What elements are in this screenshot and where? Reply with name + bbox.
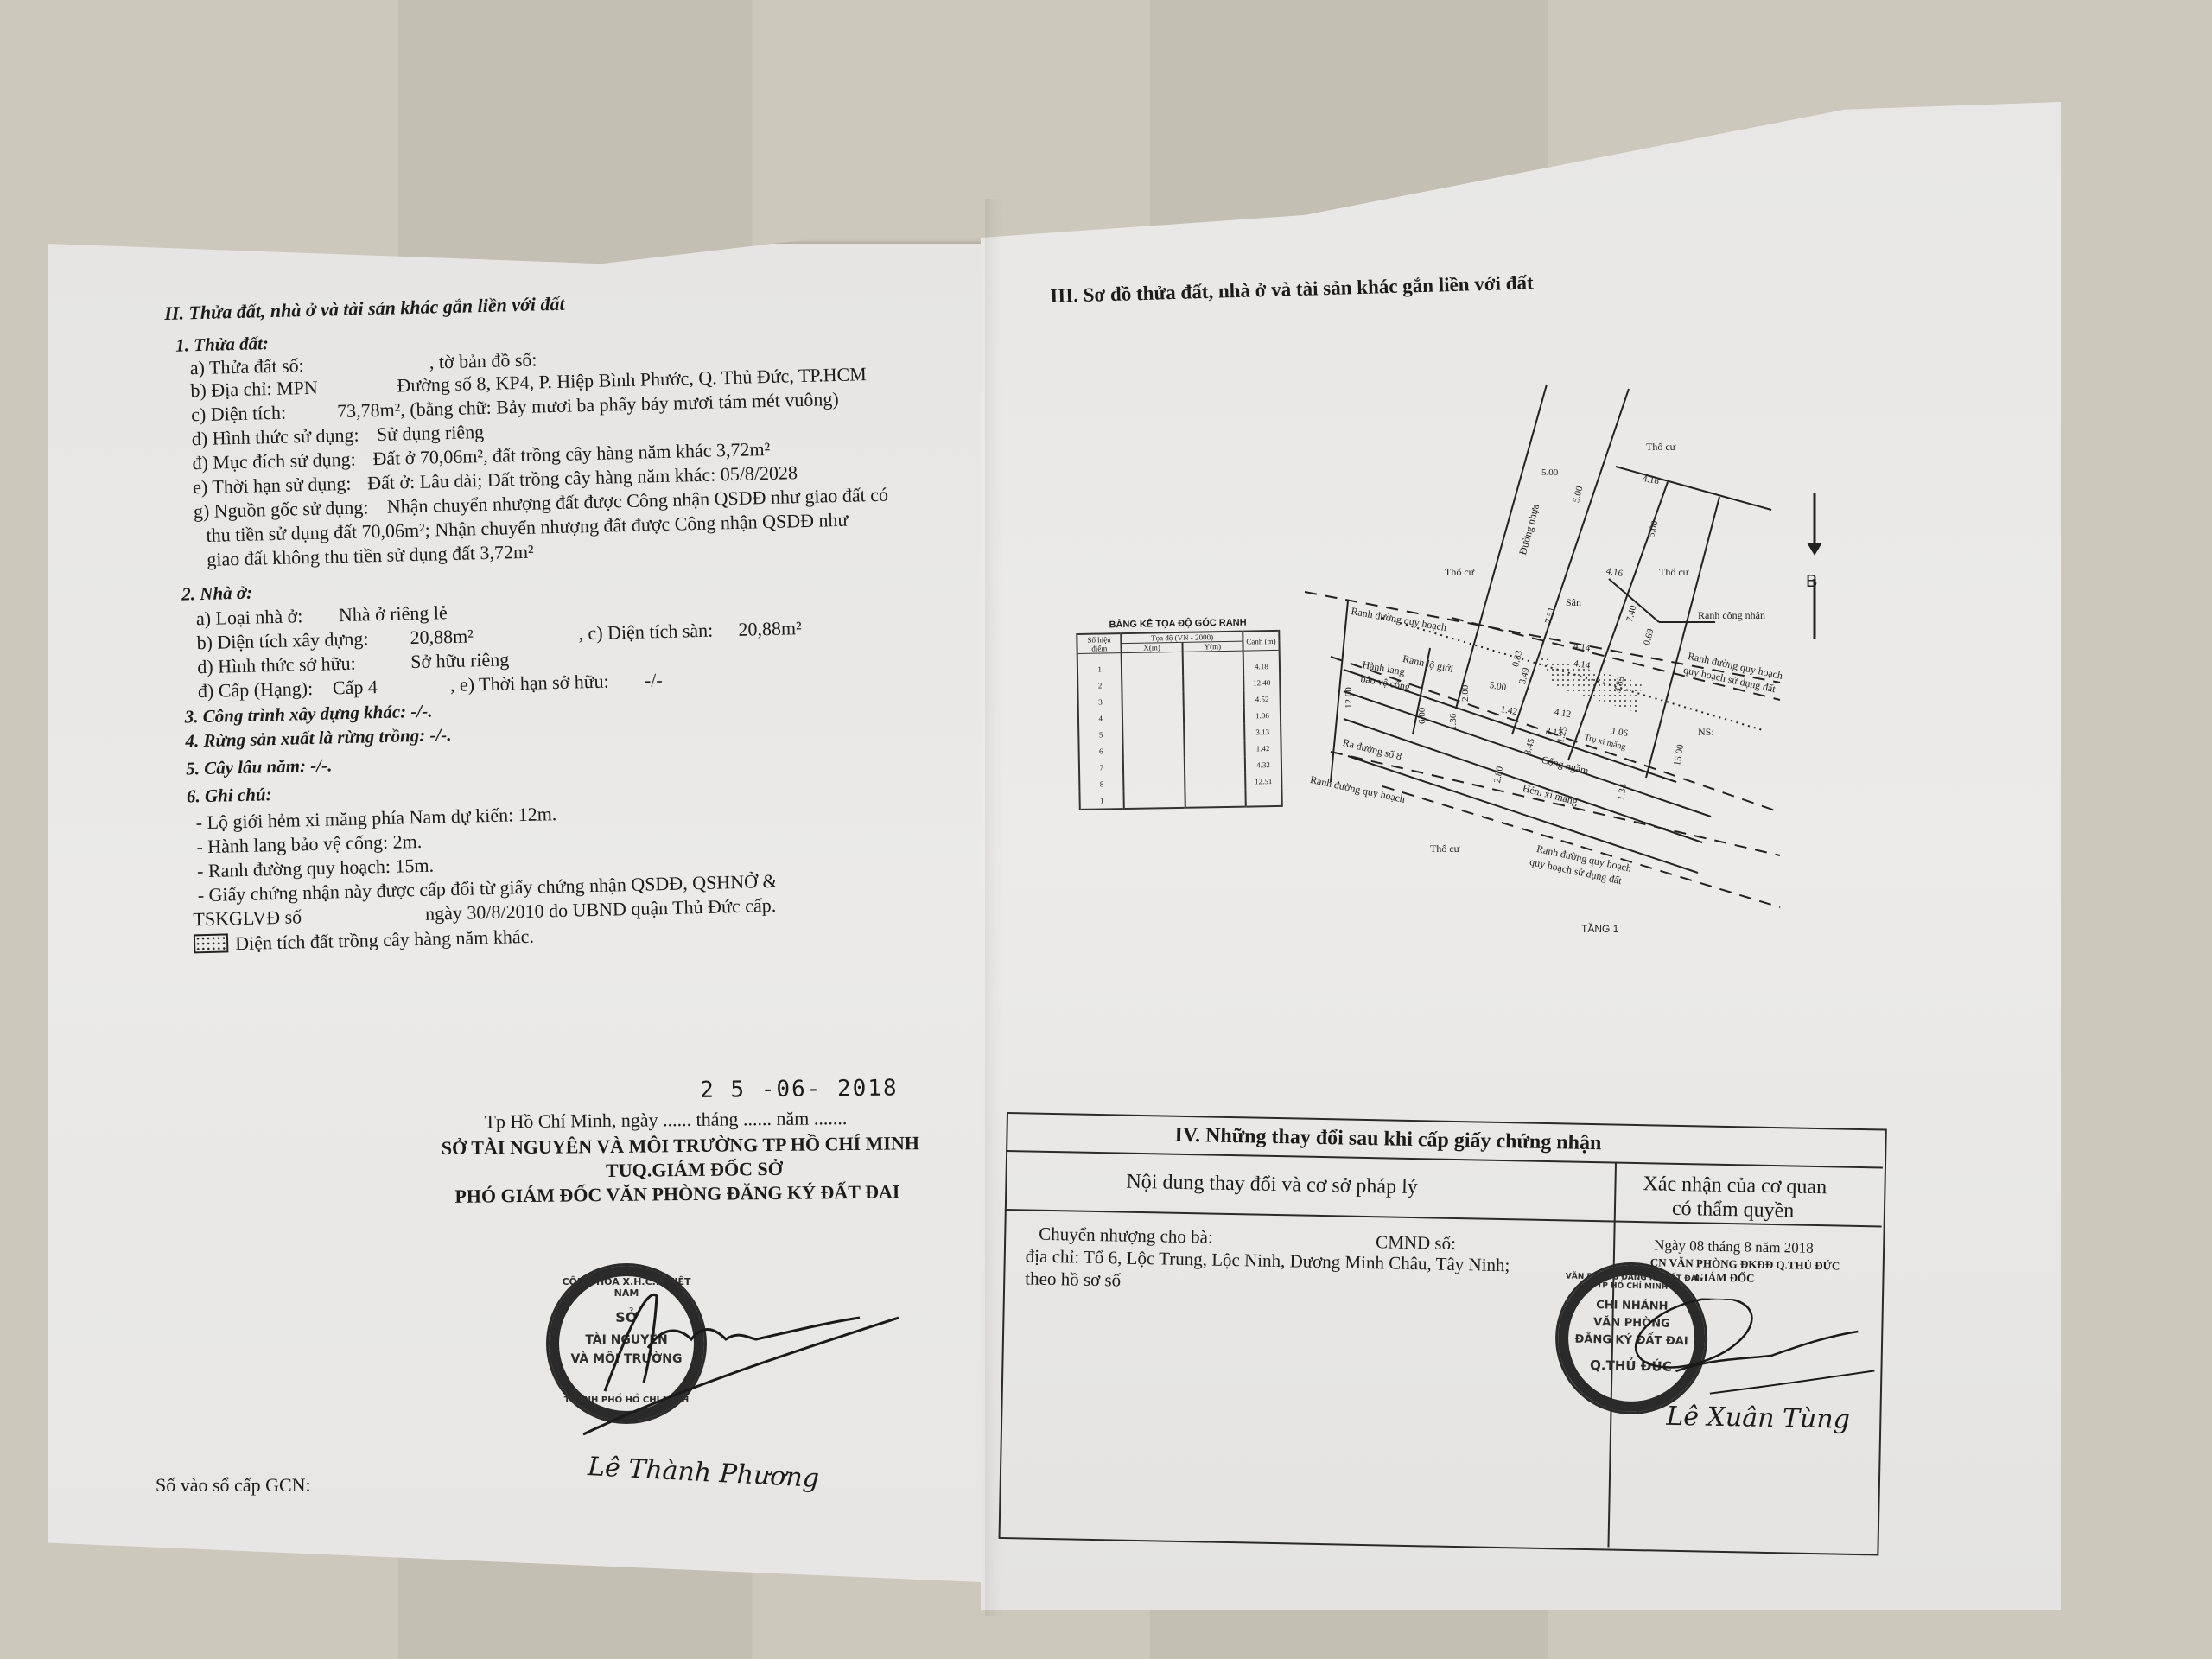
term-label: e) Thời hạn sử dụng: — [193, 473, 352, 499]
label-ranh-cong-nhan: Ranh công nhận — [1698, 609, 1765, 622]
label-ns: NS: — [1698, 726, 1714, 739]
coord-cell-edge: 3.13 — [1244, 723, 1281, 741]
coord-cell-x — [1122, 709, 1184, 726]
house-type-label: a) Loại nhà ở: — [196, 605, 303, 630]
coord-cell-point: 7 — [1079, 759, 1124, 776]
coord-cell-y — [1183, 675, 1244, 692]
entry-line-1b: CMND số: — [1376, 1231, 1456, 1255]
build-area-value: 20,88m² — [410, 625, 474, 649]
house-type-value: Nhà ở riêng lẻ — [339, 601, 448, 626]
coord-cell-y — [1184, 724, 1245, 741]
map-sheet-label: , tờ bản đồ số: — [429, 348, 537, 373]
house-heading: 2. Nhà ở: — [181, 582, 252, 606]
area-label: c) Diện tích: — [191, 402, 287, 427]
coord-cell-y — [1185, 790, 1246, 808]
dimension-label: 2.00 — [1460, 685, 1471, 702]
purpose-label: đ) Mục đích sử dụng: — [192, 448, 356, 475]
coord-table-grid: Số hiệu điểm Tọa độ (VN - 2000) Cạnh (m)… — [1076, 630, 1283, 810]
coord-cell-edge: 12.40 — [1243, 674, 1280, 691]
land-heading: 1. Thửa đất: — [175, 333, 269, 357]
coord-cell-x — [1124, 774, 1185, 791]
coord-cell-point: 4 — [1078, 709, 1123, 727]
origin-label: g) Nguồn gốc sử dụng: — [194, 496, 369, 523]
coord-cell-edge — [1245, 789, 1281, 807]
coord-cell-x — [1122, 676, 1184, 693]
coord-cell-x — [1122, 692, 1184, 709]
coord-cell-edge: 1.06 — [1244, 707, 1281, 724]
coord-cell-y — [1183, 691, 1244, 709]
address-label: b) Địa chỉ: MPN — [190, 377, 318, 403]
right-signer-name: Lê Xuân Tùng — [1666, 1402, 1850, 1435]
date-stamp: 2 5 -06- 2018 — [700, 1075, 899, 1103]
coord-cell-point: 1 — [1079, 791, 1124, 810]
coord-cell-y — [1182, 651, 1243, 676]
confirm-date: Ngày 08 tháng 8 năm 2018 — [1654, 1236, 1814, 1257]
other-item-5: 5. Cây lâu năm: -/-. — [186, 754, 333, 779]
dimension-label: 1.36 — [1448, 714, 1459, 730]
coord-cell-edge: 12.51 — [1245, 772, 1281, 790]
col-confirm-header-1: Xác nhận của cơ quan — [1643, 1173, 1827, 1199]
label-tho-cu-right: Thổ cư — [1659, 566, 1688, 579]
coord-cell-point: 2 — [1077, 677, 1122, 694]
coord-cell-y — [1184, 741, 1245, 758]
ownership-value: Sở hữu riêng — [410, 648, 510, 673]
registry-label: Số vào sổ cấp GCN: — [156, 1476, 311, 1495]
coord-cell-edge: 4.32 — [1245, 756, 1281, 773]
grade-value: Cấp 4 — [333, 676, 378, 699]
right-seal-ring: VĂN PHÒNG ĐĂNG KÝ ĐẤT ĐAI TP HỒ CHÍ MINH — [1559, 1272, 1706, 1292]
coord-cell-x — [1122, 652, 1183, 677]
entry-line-1a: Chuyển nhượng cho bà: — [1039, 1224, 1213, 1249]
parcel-label: a) Thửa đất số: — [190, 354, 304, 379]
ownership-label: d) Hình thức sở hữu: — [197, 652, 356, 678]
coord-cell-y — [1184, 757, 1245, 774]
place-date-line: Tp Hồ Chí Minh, ngày ...... tháng ......… — [484, 1107, 847, 1133]
left-signature-scribble — [553, 1270, 899, 1443]
dimension-label: 12.00 — [1344, 687, 1354, 709]
coord-cell-edge: 4.18 — [1243, 650, 1281, 674]
own-term-value: -/- — [645, 669, 663, 691]
authority-line-3: PHÓ GIÁM ĐỐC VĂN PHÒNG ĐĂNG KÝ ĐẤT ĐAI — [454, 1180, 899, 1207]
label-floor: TẦNG 1 — [1581, 923, 1618, 935]
coord-cell-edge: 1.42 — [1244, 740, 1281, 757]
floor-area-label: , c) Diện tích sàn: — [578, 620, 713, 645]
dimension-label: 4.14 — [1573, 641, 1591, 654]
coord-cell-y — [1183, 708, 1244, 725]
changes-section: IV. Những thay đổi sau khi cấp giấy chứn… — [998, 1112, 1888, 1573]
col-edge: Cạnh (m) — [1243, 631, 1279, 651]
coord-cell-x — [1124, 791, 1185, 809]
dimension-label: 4.14 — [1573, 658, 1591, 671]
authority-line-2: TUQ.GIÁM ĐỐC SỞ — [606, 1158, 783, 1182]
usage-form-label: d) Hình thức sử dụng: — [192, 424, 359, 451]
coord-cell-point: 3 — [1077, 693, 1122, 710]
label-tho-cu-top: Thổ cư — [1646, 441, 1675, 454]
coord-cell-point: 5 — [1078, 726, 1123, 743]
usage-form-value: Sử dụng riêng — [376, 421, 484, 446]
grade-label: đ) Cấp (Hạng): — [198, 677, 314, 702]
coord-cell-edge: 4.52 — [1243, 690, 1280, 708]
hatch-legend-icon — [194, 933, 229, 953]
label-tho-cu-left: Thổ cư — [1445, 566, 1474, 579]
coord-table-row: 14.18 — [1077, 650, 1280, 677]
col-point: Số hiệu điểm — [1077, 633, 1122, 653]
own-term-label: , e) Thời hạn sở hữu: — [450, 671, 609, 696]
coord-cell-x — [1123, 758, 1185, 775]
notes-heading: 6. Ghi chú: — [187, 784, 272, 807]
dimension-label: 6.00 — [1417, 708, 1427, 724]
coord-cell-point: 6 — [1078, 742, 1123, 760]
coord-cell-point: 8 — [1079, 775, 1124, 792]
coordinate-table: BẢNG KÊ TỌA ĐỘ GÓC RANH Số hiệu điểm Tọa… — [1076, 617, 1283, 810]
build-area-label: b) Diện tích xây dựng: — [196, 627, 368, 654]
coord-table-row: 1 — [1079, 789, 1281, 810]
north-arrow-label: B — [1806, 572, 1817, 592]
label-tho-cu-bottom: Thổ cư — [1430, 842, 1459, 855]
label-san: Sân — [1566, 596, 1581, 609]
coord-cell-x — [1123, 725, 1185, 742]
dimension-label: 5.00 — [1541, 467, 1558, 478]
floor-area-value: 20,88m² — [738, 617, 802, 641]
entry-line-3: theo hồ sơ số — [1025, 1268, 1121, 1291]
coord-cell-x — [1123, 741, 1185, 759]
coord-cell-y — [1185, 773, 1246, 791]
col-confirm-header-2: có thẩm quyền — [1672, 1198, 1795, 1224]
coord-cell-point: 1 — [1077, 653, 1122, 677]
